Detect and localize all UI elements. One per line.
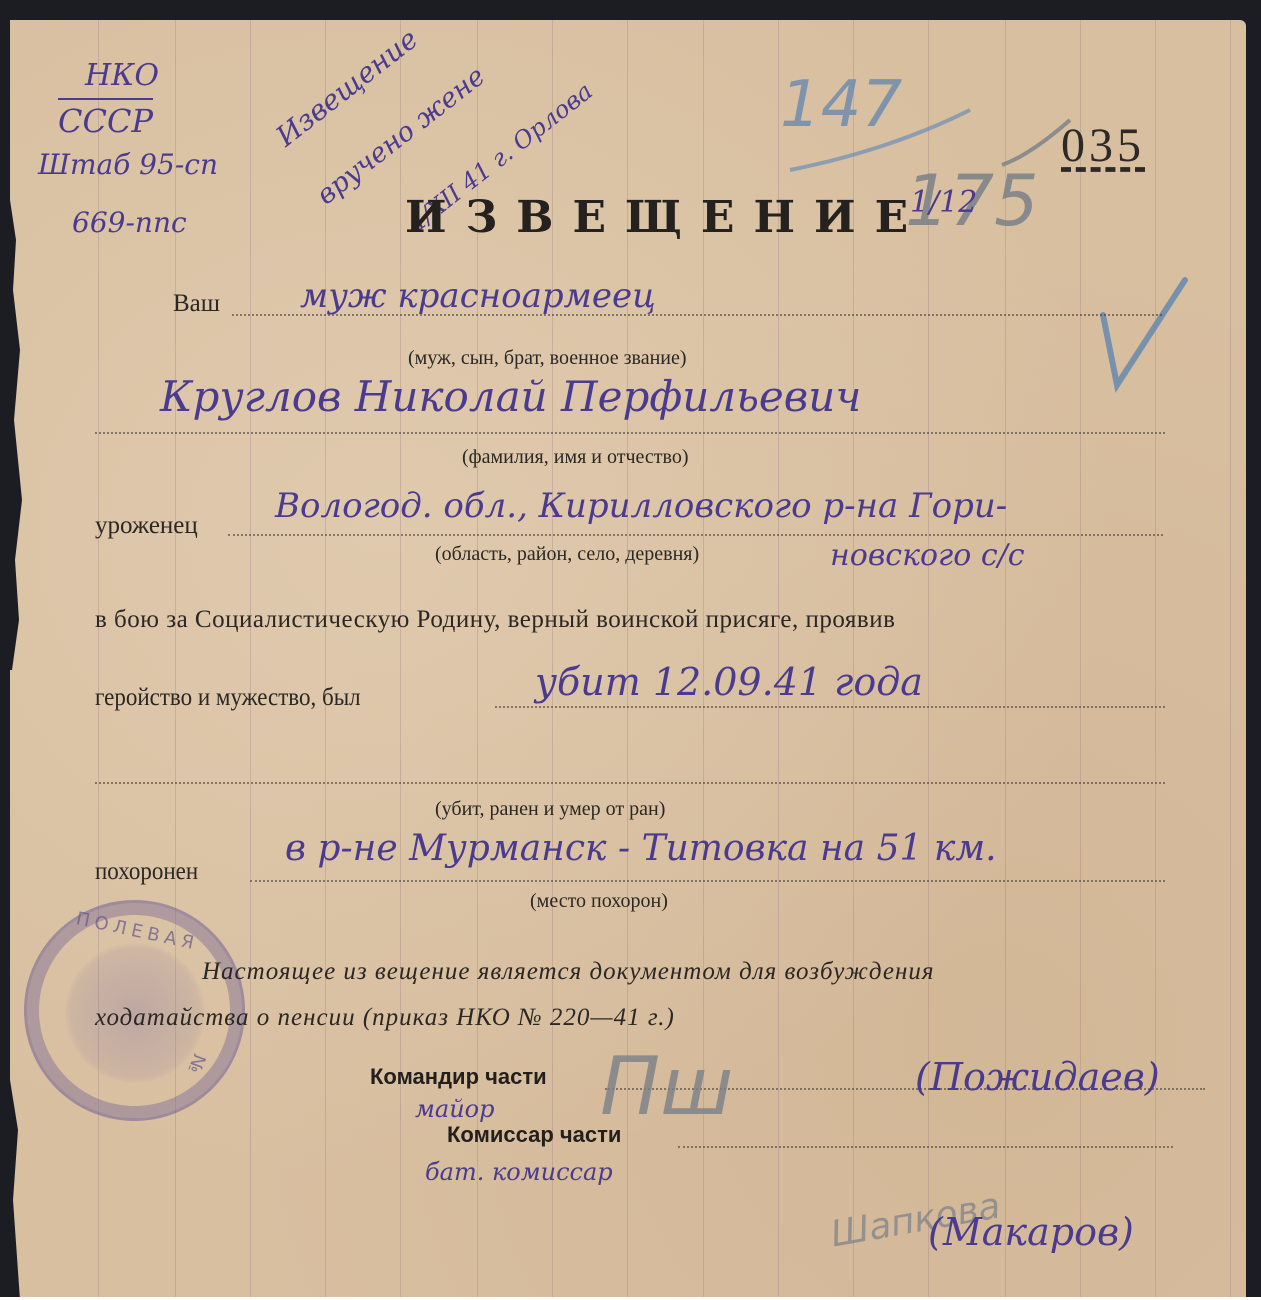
torn-edge xyxy=(10,200,26,1297)
page-title: ИЗВЕЩЕНИЕ xyxy=(405,192,927,243)
ruling-line xyxy=(1230,20,1231,1297)
commander-rank: майор xyxy=(415,1095,494,1123)
byl-hint: (убит, ранен и умер от ран) xyxy=(435,798,665,821)
pokhoronen-hint: (место похорон) xyxy=(530,890,668,913)
commissar-rank: бат. комиссар xyxy=(425,1158,613,1186)
commander-label: Командир части xyxy=(370,1064,547,1090)
fio-value: Круглов Николай Перфильевич xyxy=(160,372,861,421)
stamp-text-bottom: № xyxy=(183,1051,209,1076)
commissar-line xyxy=(678,1146,1173,1148)
urozhenets-value-cont: новского с/с xyxy=(830,538,1025,573)
fio-line xyxy=(95,432,1165,434)
header-shtab: Штаб 95-сп xyxy=(38,148,218,181)
commander-pencil-signature: Пш xyxy=(600,1040,733,1133)
fio-hint: (фамилия, имя и отчество) xyxy=(462,446,689,469)
vash-value: муж красноармеец xyxy=(300,276,656,316)
pokhoronen-value: в р-не Мурманск - Титовка на 51 км. xyxy=(285,828,997,869)
header-unit: 669-ппс xyxy=(72,206,187,239)
notice-line-1: Настоящее из вещение является документом… xyxy=(202,958,935,986)
byl-value: убит 12.09.41 года xyxy=(535,660,923,704)
body-text-line: в бою за Социалистическую Родину, верный… xyxy=(95,606,895,634)
vash-hint: (муж, сын, брат, военное звание) xyxy=(408,347,687,370)
ruling-line xyxy=(250,20,251,1297)
commissar-label: Комиссар части xyxy=(447,1122,621,1148)
urozhenets-hint: (область, район, село, деревня) xyxy=(435,543,699,566)
commander-name: (Пожидаев) xyxy=(915,1055,1160,1099)
urozhenets-value: Вологод. обл., Кирилловского р-на Гори- xyxy=(275,486,1007,526)
header-nko: НКО xyxy=(85,58,159,93)
urozhenets-label: уроженец xyxy=(95,512,198,540)
byl-line-2 xyxy=(95,782,1165,784)
checkmark-icon xyxy=(1095,275,1195,395)
ruling-line xyxy=(325,20,326,1297)
commissar-name: (Макаров) xyxy=(928,1210,1134,1254)
byl-label: геройство и мужество, был xyxy=(95,684,361,712)
notice-document: НКО СССР Штаб 95-сп 669-ппс Извещение вр… xyxy=(10,20,1246,1297)
ruling-line xyxy=(1080,20,1081,1297)
notice-line-2: ходатайства о пенсии (приказ НКО № 220—4… xyxy=(95,1004,675,1032)
header-sssr: СССР xyxy=(58,98,153,140)
pokhoronen-line xyxy=(250,880,1165,882)
byl-line xyxy=(495,706,1165,708)
ruling-line xyxy=(1155,20,1156,1297)
ruling-line xyxy=(400,20,401,1297)
serial-number: 035 xyxy=(1061,118,1145,173)
pokhoronen-label: похоронен xyxy=(95,858,198,886)
vash-label: Ваш xyxy=(173,290,220,318)
urozhenets-line xyxy=(228,534,1163,536)
